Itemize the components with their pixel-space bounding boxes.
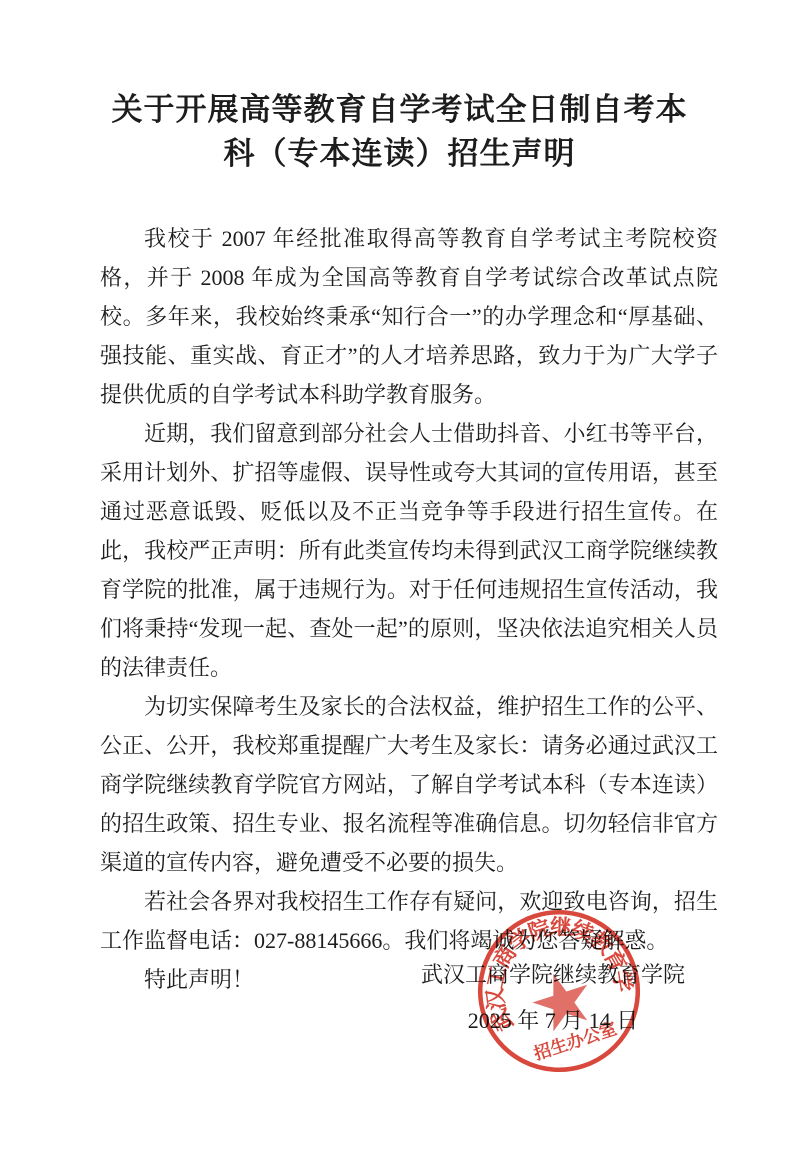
- document-title-line2: 科（专本连读）招生声明: [0, 132, 799, 176]
- paragraph: 我校于 2007 年经批准取得高等教育自学考试主考院校资格，并于 2008 年成…: [100, 219, 718, 414]
- stamp-star-icon: [526, 965, 598, 1035]
- document-title-line1: 关于开展高等教育自学考试全日制自考本: [0, 88, 799, 132]
- document-title: 关于开展高等教育自学考试全日制自考本 科（专本连读）招生声明: [0, 88, 799, 176]
- paragraph: 近期，我们留意到部分社会人士借助抖音、小红书等平台，采用计划外、扩招等虚假、误导…: [100, 414, 718, 687]
- stamp-bottom-text: 招生办公室: [530, 1018, 619, 1064]
- paragraph: 为切实保障考生及家长的合法权益，维护招生工作的公平、公正、公开，我校郑重提醒广大…: [100, 687, 718, 882]
- document-page: 关于开展高等教育自学考试全日制自考本 科（专本连读）招生声明 我校于 2007 …: [0, 0, 799, 1164]
